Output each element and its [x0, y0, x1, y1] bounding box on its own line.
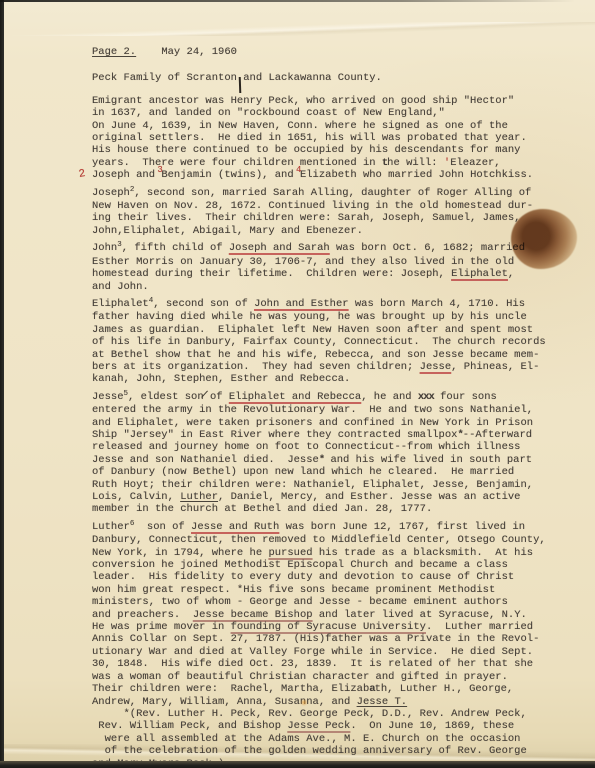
text-segment: and preachers.	[92, 609, 193, 621]
text-segment: th, Luther H., George,	[375, 683, 514, 695]
text-segment: Peck Family of Scranton	[92, 72, 237, 84]
document-title: Peck Family of Scrantonand Lackawanna Co…	[92, 72, 578, 84]
text-line: of his life in Danbury, Fairfax County, …	[92, 336, 578, 348]
text-segment: . Luther married	[426, 621, 533, 633]
text-segment: Esther Morris on January 30, 1706-7, and…	[92, 256, 514, 268]
text-segment: Their children were: Rachel, Martha, Eli…	[92, 683, 369, 695]
text-segment-ful: Jesse Peck	[287, 720, 350, 732]
text-segment: were all assembled at the Adams Ave., M.…	[92, 733, 520, 745]
text-line: and John.	[92, 281, 578, 293]
text-segment-rul: Eliphalet and Rebecca	[229, 391, 361, 403]
text-segment: of the celebration of the golden wedding…	[92, 745, 527, 757]
text-line: in 1637, and landed on "rockbound coast …	[92, 107, 578, 119]
text-segment: homestead during their lifetime. Childre…	[92, 268, 451, 280]
text-segment: Rev. William Peck, and Bishop	[92, 720, 287, 732]
text-segment: father having died while he was young, h…	[92, 311, 527, 323]
text-segment: Ruth Hoyt; their children were: Nathanie…	[92, 479, 533, 491]
text-segment-rmargin: 2	[78, 169, 80, 181]
text-segment-ful: Jesse became Bishop	[193, 609, 313, 621]
paragraph-joseph2: Joseph2, second son, married Sarah Allin…	[92, 187, 578, 238]
text-segment: ministers, two of whom - George and Jess…	[92, 596, 508, 608]
text-segment-ul: Luther	[180, 491, 218, 503]
text-segment: four sons	[434, 391, 497, 403]
text-segment: *(Rev. Luther H. Peck, Rev. George Peck,…	[92, 708, 527, 720]
text-line: ministers, two of whom - George and Jess…	[92, 596, 578, 608]
text-segment-b: xxx	[418, 391, 434, 403]
text-line: He was prime mover in founding of Syracu…	[92, 621, 578, 633]
text-segment: His house there continued to be occupied…	[92, 144, 520, 156]
text-segment: May 24, 1960	[161, 46, 237, 58]
page-header: Page 2. May 24, 1960	[92, 46, 578, 58]
text-line: released and journey home on foot to Con…	[92, 441, 578, 453]
text-line: father having died while he was young, h…	[92, 311, 578, 323]
text-segment: , Phineas, El-	[451, 361, 539, 373]
text-line: Jesse5, eldest son/ of Eliphalet and Reb…	[92, 391, 578, 404]
text-segment: , second son of	[153, 298, 254, 310]
text-line: 30, 1848. His wife died Oct. 23, 1839. I…	[92, 658, 578, 670]
text-segment-rul: Jesse	[420, 361, 452, 373]
text-line: 2Joseph and 3Benjamin (twins), and 4Eliz…	[92, 169, 578, 181]
text-segment: was born June 12, 1767, first lived in	[279, 521, 525, 533]
text-line: ing their lives. Their children were: Sa…	[92, 212, 578, 224]
text-segment-ful: founding of Syracuse University	[231, 621, 426, 633]
text-segment-rul: Jesse and Ruth	[191, 521, 279, 533]
paper-crease-top	[0, 22, 595, 36]
text-segment-sup: 4	[149, 297, 154, 305]
text-line: were all assembled at the Adams Ave., M.…	[92, 733, 578, 745]
text-line: at Bethel show that he and his wife, Reb…	[92, 349, 578, 361]
text-line: New Haven on Nov. 28, 1672. Continued li…	[92, 200, 578, 212]
text-segment: Ship "Jersey" in East River where they c…	[92, 429, 457, 441]
text-segment: was a woman of beautiful Christian chara…	[92, 671, 508, 683]
text-line: His house there continued to be occupied…	[92, 144, 578, 156]
text-segment: Jesse	[92, 391, 124, 403]
typed-text: Page 2. May 24, 1960Peck Family of Scran…	[92, 46, 578, 768]
text-segment: , second son, married Sarah Alling, daug…	[134, 187, 531, 199]
text-segment: Eliphalet	[92, 298, 149, 310]
text-line: Luther6 son of Jesse and Ruth was born J…	[92, 521, 578, 534]
text-segment	[136, 46, 161, 58]
text-line: utionary War and died at Valley Forge wh…	[92, 646, 578, 658]
text-segment: New Haven on Nov. 28, 1672. Continued li…	[92, 200, 533, 212]
text-segment: On June 4, 1639, in New Haven, Conn. whe…	[92, 120, 508, 132]
text-line: Eliphalet4, second son of John and Esthe…	[92, 298, 578, 311]
text-segment: of his life in Danbury, Fairfax County, …	[92, 336, 546, 348]
text-segment: , he and	[361, 391, 418, 403]
text-line: and Eliphalet, were taken prisoners and …	[92, 417, 578, 429]
text-line: kanah, John, Stephen, Esther and Rebecca…	[92, 373, 578, 385]
footnote: *(Rev. Luther H. Peck, Rev. George Peck,…	[92, 708, 578, 768]
text-segment: member in the church at Bethel and died …	[92, 503, 432, 515]
text-segment: Joseph and	[92, 169, 161, 181]
text-line: James as guardian. Eliphalet left New Ha…	[92, 324, 578, 336]
scan-edge-top	[0, 0, 575, 2]
paragraph-emigrant-ancestor: Emigrant ancestor was Henry Peck, who ar…	[92, 95, 578, 182]
text-line: John3, fifth child of Joseph and Sarah w…	[92, 242, 578, 255]
text-line: New York, in 1794, where he pursued his …	[92, 547, 578, 559]
text-segment-sup: 5	[124, 390, 129, 398]
text-segment: won him great respect. *His five sons be…	[92, 584, 495, 596]
text-line: of the celebration of the golden wedding…	[92, 745, 578, 757]
text-segment: kanah, John, Stephen, Esther and Rebecca…	[92, 373, 350, 385]
text-line: homestead during their lifetime. Childre…	[92, 268, 578, 280]
scan-edge-bottom	[0, 761, 595, 768]
text-segment: utionary War and died at Valley Forge wh…	[92, 646, 533, 658]
text-line: leader. His fidelity to every duty and d…	[92, 571, 578, 583]
text-line: and preachers. Jesse became Bishop and l…	[92, 609, 578, 621]
text-segment: he will:	[387, 157, 444, 169]
text-segment: 30, 1848. His wife died Oct. 23, 1839. I…	[92, 658, 533, 670]
text-segment-ul: Jesse T.	[357, 696, 407, 708]
text-segment-sup: 6	[130, 520, 135, 528]
text-segment: released and journey home on foot to Con…	[92, 441, 520, 453]
text-segment: and Lackawanna County.	[243, 72, 382, 84]
text-line: was a woman of beautiful Christian chara…	[92, 671, 578, 683]
paragraph-luther6: Luther6 son of Jesse and Ruth was born J…	[92, 521, 578, 708]
text-segment: Lois, Calvin,	[92, 491, 180, 503]
text-line: entered the army in the Revolutionary Wa…	[92, 404, 578, 416]
text-line: won him great respect. *His five sons be…	[92, 584, 578, 596]
text-line: Their children were: Rachel, Martha, Eli…	[92, 683, 578, 695]
text-segment: , Daniel, Mercy, and Esther. Jesse was a…	[218, 491, 520, 503]
text-line: years. There were four children mentione…	[92, 157, 578, 169]
text-line: Lois, Calvin, Luther, Daniel, Mercy, and…	[92, 491, 578, 503]
paragraph-john3: John3, fifth child of Joseph and Sarah w…	[92, 242, 578, 293]
text-segment-ful: pursued	[268, 547, 312, 559]
text-segment: John	[92, 242, 117, 254]
text-line: Esther Morris on January 30, 1706-7, and…	[92, 256, 578, 268]
scan-edge-left	[0, 0, 4, 768]
text-segment: Emigrant ancestor was Henry Peck, who ar…	[92, 95, 514, 107]
text-line: John,Eliphalet, Abigail, Mary and Ebenez…	[92, 225, 578, 237]
text-segment: at Bethel show that he and his wife, Reb…	[92, 349, 539, 361]
text-line: Annis Collar on Sept. 27, 1787. (His)fat…	[92, 633, 578, 645]
scanned-document-page: Page 2. May 24, 1960Peck Family of Scran…	[0, 0, 595, 768]
text-line: Ship "Jersey" in East River where they c…	[92, 429, 578, 441]
paragraph-jesse5: Jesse5, eldest son/ of Eliphalet and Reb…	[92, 391, 578, 516]
text-segment: Joseph	[92, 187, 130, 199]
text-segment-sup: 2	[130, 186, 135, 194]
text-segment: leader. His fidelity to every duty and d…	[92, 571, 514, 583]
text-line: of Danbury (now Bethel) upon new land wh…	[92, 466, 578, 478]
text-line: Ruth Hoyt; their children were: Nathanie…	[92, 479, 578, 491]
text-line: Peck Family of Scrantonand Lackawanna Co…	[92, 72, 578, 84]
text-segment: Jesse and son Nathaniel died. Jesse	[92, 454, 319, 466]
text-segment: , fifth child of	[122, 242, 229, 254]
text-segment: James as guardian. Eliphalet left New Ha…	[92, 324, 533, 336]
text-line: Joseph2, second son, married Sarah Allin…	[92, 187, 578, 200]
text-segment: New York, in 1794, where he	[92, 547, 268, 559]
text-segment: Andrew, Mary, William, Anna, Susanna, an…	[92, 696, 357, 708]
paragraph-eliphalet4: Eliphalet4, second son of John and Esthe…	[92, 298, 578, 386]
text-segment: and later lived at Syracuse, N.Y.	[313, 609, 527, 621]
text-segment: Annis Collar on Sept. 27, 1787. (His)fat…	[92, 633, 539, 645]
text-line: conversion he joined Methodist Episcopal…	[92, 559, 578, 571]
text-line: bers at its organization. They had seven…	[92, 361, 578, 373]
text-segment: and his wife lived in south part	[324, 454, 532, 466]
text-segment: Eleazer,	[450, 157, 500, 169]
text-segment: and Eliphalet, were taken prisoners and …	[92, 417, 533, 429]
text-segment: John,Eliphalet, Abigail, Mary and Ebenez…	[92, 225, 363, 237]
text-segment: son of	[134, 521, 191, 533]
text-segment: , eldest son	[128, 391, 204, 403]
text-segment: his trade as a blacksmith. At his	[313, 547, 534, 559]
text-segment: conversion he joined Methodist Episcopal…	[92, 559, 508, 571]
text-line: *(Rev. Luther H. Peck, Rev. George Peck,…	[92, 708, 578, 720]
text-segment: Danbury, Connecticut, then removed to Mi…	[92, 534, 546, 546]
text-segment-rul: John and Esther	[254, 298, 349, 310]
text-line: Jesse and son Nathaniel died. Jesse* and…	[92, 454, 578, 466]
text-segment-rul: Joseph and Sarah	[229, 242, 330, 254]
text-segment: Benjamin (twins), and	[161, 169, 300, 181]
text-line: Rev. William Peck, and Bishop Jesse Peck…	[92, 720, 578, 732]
text-segment-ul: Page 2.	[92, 46, 136, 58]
text-segment: was born Oct. 6, 1682; married	[330, 242, 525, 254]
text-segment-rul: Eliphalet	[451, 268, 508, 280]
text-segment: years. There were four children mentione…	[92, 157, 382, 169]
text-segment: original settlers. He died in 1651, his …	[92, 132, 527, 144]
text-segment: bers at its organization. They had seven…	[92, 361, 420, 373]
text-segment: . On June 10, 1869, these	[350, 720, 514, 732]
text-segment: in 1637, and landed on "rockbound coast …	[92, 107, 445, 119]
text-segment: ing their lives. Their children were: Sa…	[92, 212, 520, 224]
text-line: Emigrant ancestor was Henry Peck, who ar…	[92, 95, 578, 107]
text-segment: ,	[508, 268, 514, 280]
text-segment: entered the army in the Revolutionary Wa…	[92, 404, 533, 416]
text-line: Danbury, Connecticut, then removed to Mi…	[92, 534, 578, 546]
text-line: Andrew, Mary, William, Anna, Susanna, an…	[92, 696, 578, 708]
text-segment: --Afterward	[463, 429, 532, 441]
text-segment: Luther	[92, 521, 130, 533]
text-line: member in the church at Bethel and died …	[92, 503, 578, 515]
text-segment: was born March 4, 1710. His	[349, 298, 525, 310]
text-segment: and John.	[92, 281, 149, 293]
text-line: original settlers. He died in 1651, his …	[92, 132, 578, 144]
text-segment-sup: 3	[117, 241, 122, 249]
text-segment: of Danbury (now Bethel) upon new land wh…	[92, 466, 514, 478]
text-line: On June 4, 1639, in New Haven, Conn. whe…	[92, 120, 578, 132]
text-line: Page 2. May 24, 1960	[92, 46, 578, 58]
text-segment: Elizabeth who married John Hotchkiss.	[300, 169, 533, 181]
text-segment: He was prime mover in	[92, 621, 231, 633]
